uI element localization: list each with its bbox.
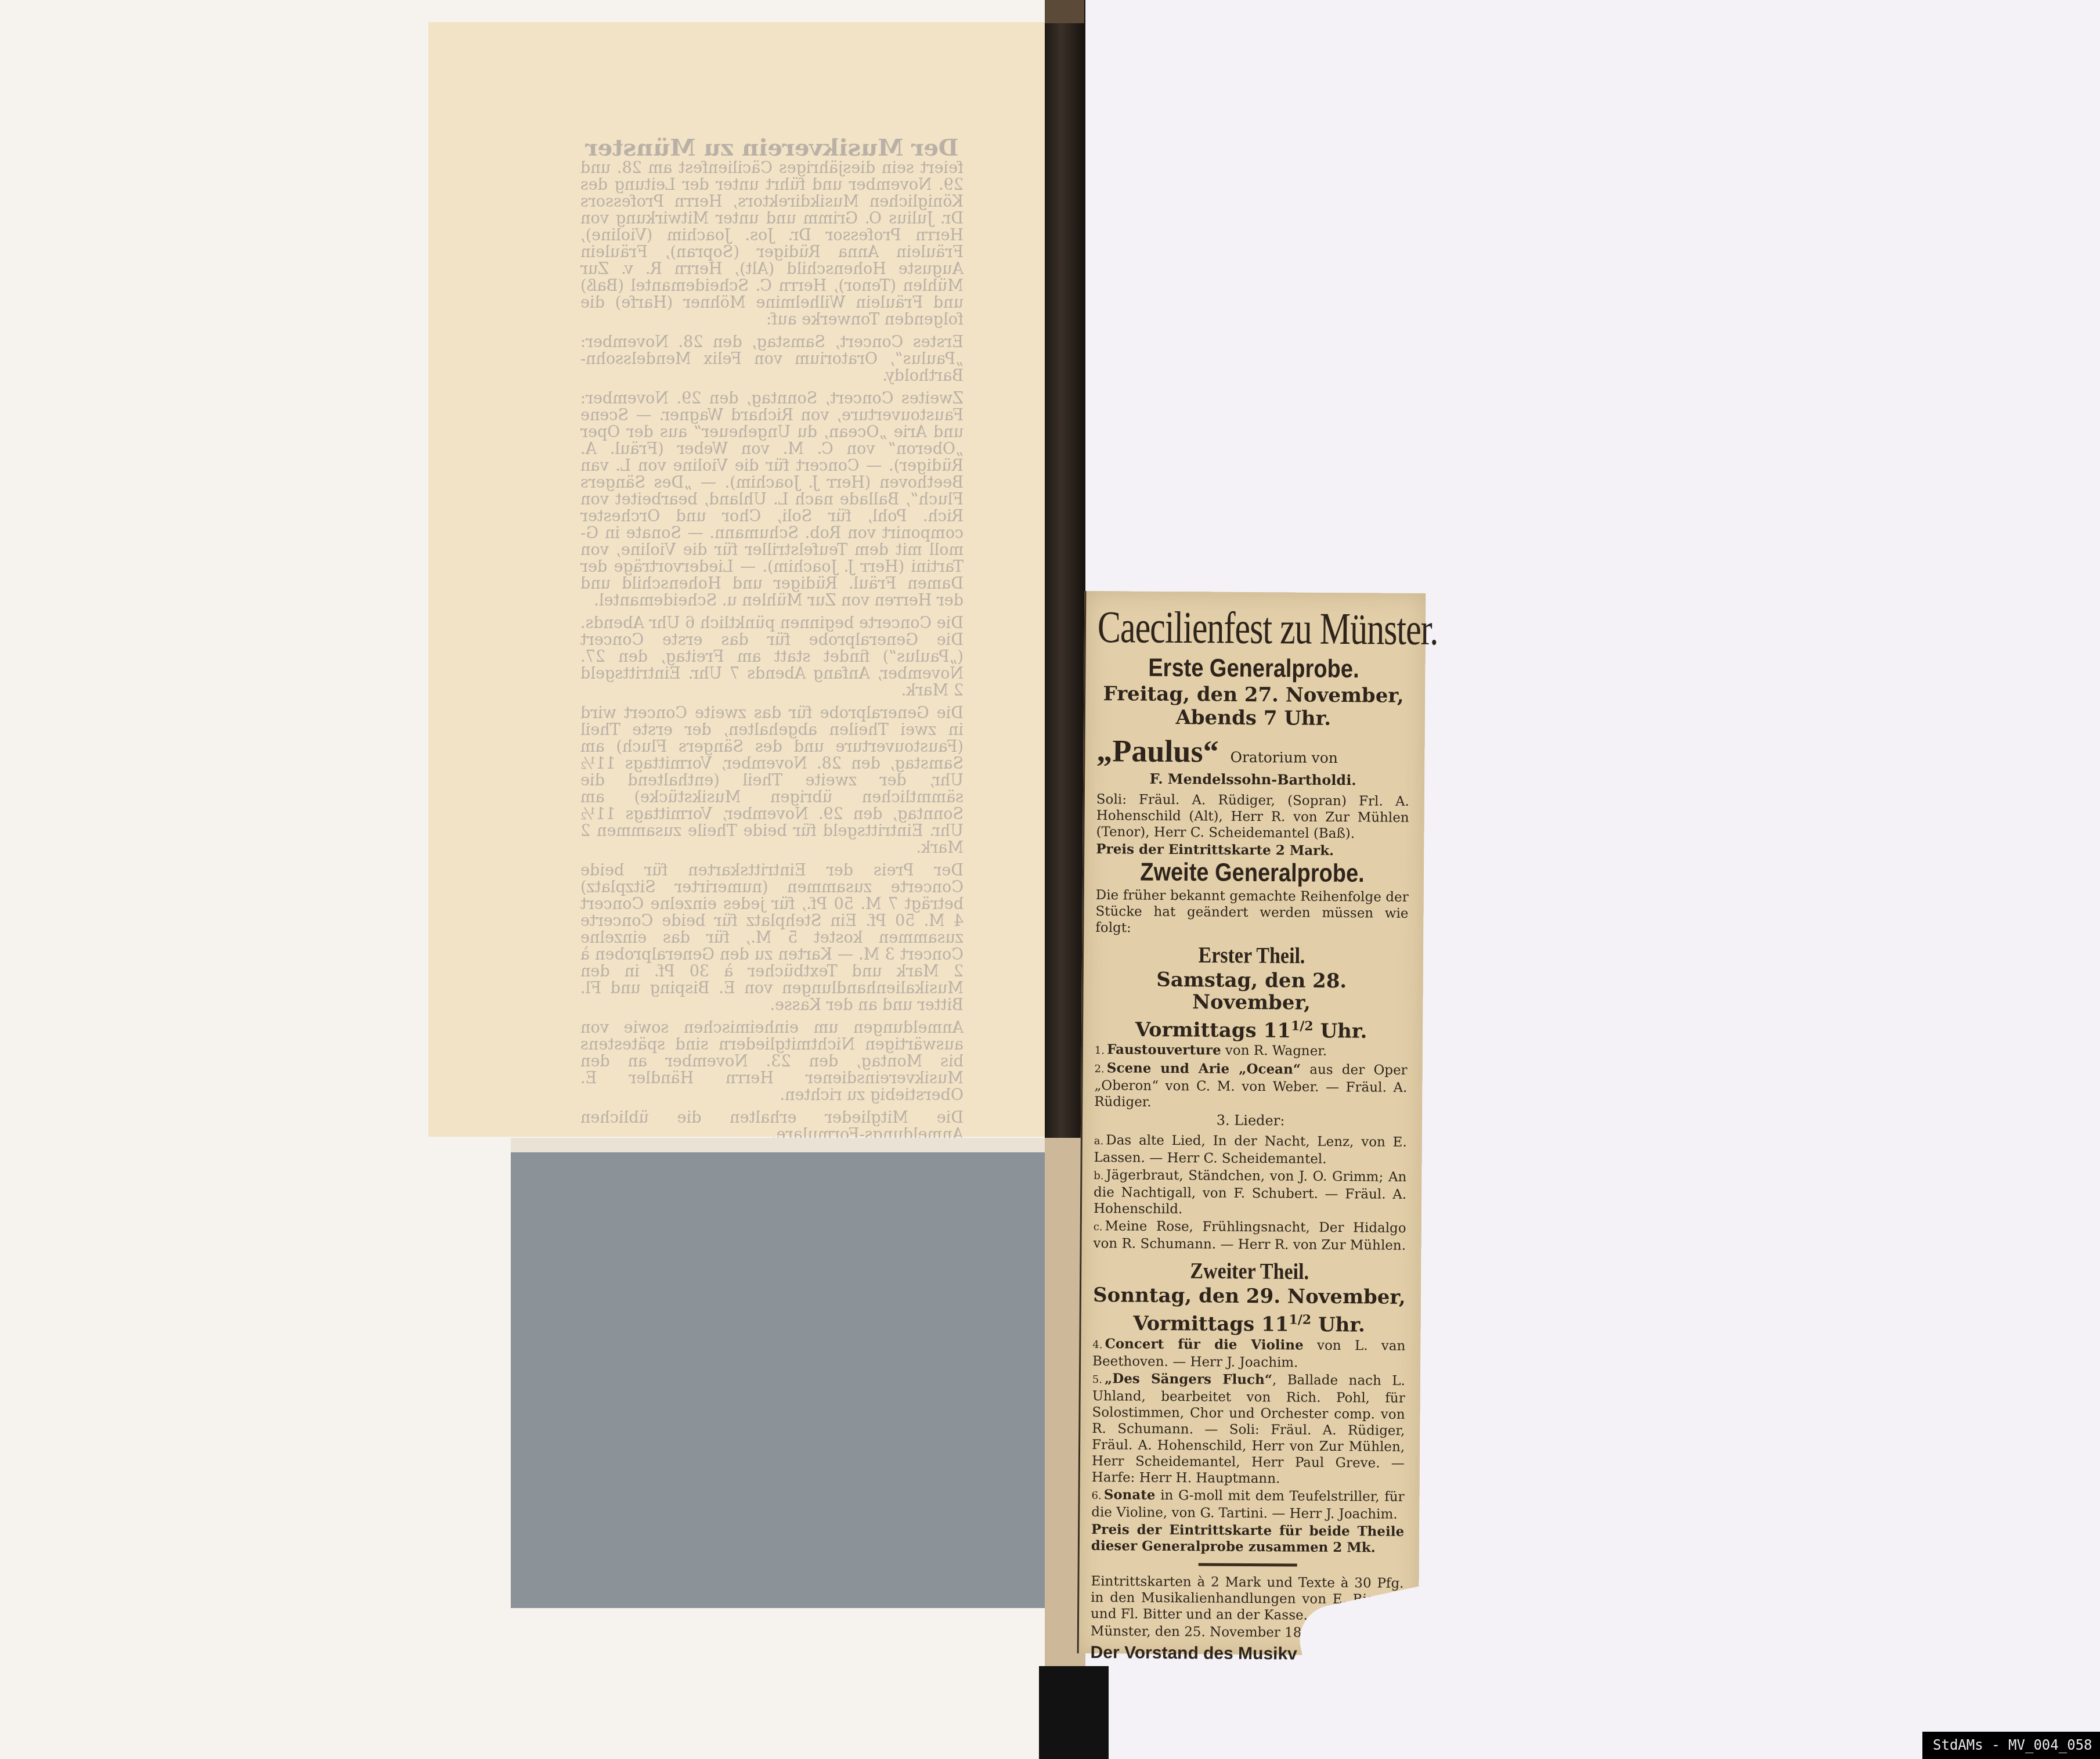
lieder-heading: 3. Lieder: — [1094, 1111, 1407, 1130]
item-detail: von R. Wagner. — [1221, 1043, 1327, 1059]
program-item: 2.Scene und Arie „Ocean“ aus der Oper „O… — [1094, 1060, 1408, 1112]
program-item: 5.„Des Sängers Fluch“, Ballade nach L. U… — [1092, 1371, 1405, 1488]
bleed-through-text: Der Musikverein zu Münster feiert sein d… — [580, 139, 964, 1245]
item-title: Concert für die Violine — [1105, 1336, 1303, 1353]
item-number: 2. — [1095, 1063, 1105, 1075]
part2-heading: Zweiter Theil. — [1093, 1259, 1406, 1286]
soloists: Soli: Fräul. A. Rüdiger, (Sopran) Frl. A… — [1096, 791, 1409, 842]
section2-heading: Zweite Generalprobe. — [1096, 858, 1409, 889]
item-letter: c. — [1094, 1221, 1103, 1233]
item-title: Sonate — [1104, 1487, 1156, 1503]
part1-time: Vormittags 111/2 Uhr. — [1095, 1014, 1408, 1043]
work-title: „Paulus“ — [1096, 733, 1219, 769]
bleed-through-paragraph: Erstes Concert, Samstag, den 28. Novembe… — [580, 334, 964, 384]
part1-date: Samstag, den 28. November, — [1095, 968, 1408, 1015]
item-title: „Des Sängers Fluch“ — [1105, 1371, 1272, 1387]
grey-card-insert — [511, 1152, 1068, 1608]
spine-top-edge — [1045, 0, 1084, 23]
item-detail: Meine Rose, Frühlingsnacht, Der Hidalgo … — [1093, 1219, 1406, 1254]
part1-time-frac: 1/2 — [1291, 1018, 1314, 1033]
program-item: 4.Concert für die Violine von L. van Bee… — [1092, 1336, 1405, 1372]
bleed-through-paragraph: Die Concerte beginnen pünktlich 6 Uhr Ab… — [580, 615, 964, 699]
program-item: 6.Sonate in G-moll mit dem Teufelstrille… — [1091, 1487, 1404, 1523]
section2-price: Preis der Eintrittskarte für beide Theil… — [1091, 1522, 1404, 1556]
item-detail: Das alte Lied, In der Nacht, Lenz, von E… — [1094, 1133, 1406, 1167]
lied-item: b.Jägerbraut, Ständchen, von J. O. Grimm… — [1094, 1167, 1407, 1219]
item-letter: a. — [1094, 1135, 1104, 1147]
part1-time-post: Uhr. — [1320, 1019, 1367, 1043]
section1-price: Preis der Eintrittskarte 2 Mark. — [1096, 841, 1409, 860]
bleed-through-paragraph: Anmeldungen um einheimischen sowie von a… — [580, 1019, 964, 1104]
part2-date: Sonntag, den 29. November, — [1093, 1284, 1406, 1309]
binding-gap — [1039, 1666, 1109, 1759]
item-detail: Jägerbraut, Ständchen, von J. O. Grimm; … — [1094, 1168, 1407, 1217]
part2-time-pre: Vormittags 11 — [1133, 1312, 1289, 1336]
part1-heading: Erster Theil. — [1095, 942, 1408, 969]
composer: F. Mendelssohn-Bartholdi. — [1096, 770, 1409, 789]
item-number: 1. — [1095, 1044, 1105, 1057]
item-title: Faustouverture — [1107, 1042, 1221, 1058]
section2-notice: Die früher bekannt gemachte Reihenfolge … — [1095, 887, 1409, 938]
part2-time: Vormittags 111/2 Uhr. — [1092, 1307, 1405, 1336]
lied-item: c.Meine Rose, Frühlingsnacht, Der Hidalg… — [1093, 1218, 1406, 1254]
item-number: 6. — [1091, 1490, 1101, 1502]
part1-time-pre: Vormittags 11 — [1135, 1018, 1291, 1043]
item-title: Scene und Arie „Ocean“ — [1107, 1061, 1301, 1077]
bleed-through-paragraph: feiert sein diesjähriges Cäcilienfest am… — [580, 160, 964, 328]
program-item: 1.Faustouverture von R. Wagner. — [1095, 1041, 1408, 1061]
bleed-through-title: Der Musikverein zu Münster — [580, 139, 964, 156]
work-line: „Paulus“ Oratorium von — [1096, 733, 1409, 771]
section1-date: Freitag, den 27. November, — [1097, 683, 1410, 707]
item-detail: , Ballade nach L. Uhland, bearbeitet von… — [1092, 1372, 1405, 1486]
bleed-through-paragraph: Die Generalprobe für das zweite Concert … — [580, 705, 964, 856]
divider-rule — [1198, 1563, 1297, 1566]
item-number: 4. — [1092, 1339, 1102, 1351]
part2-time-frac: 1/2 — [1289, 1313, 1311, 1328]
part2-time-post: Uhr. — [1318, 1313, 1365, 1337]
bleed-through-paragraph: Der Preis der Eintrittskarten für beide … — [580, 862, 964, 1014]
bleed-through-paragraph: Zweites Concert, Sonntag, den 29. Novemb… — [580, 390, 964, 609]
item-letter: b. — [1094, 1170, 1103, 1182]
item-number: 5. — [1092, 1374, 1102, 1386]
newspaper-clipping: Caecilienfest zu Münster. Erste Generalp… — [1077, 591, 1426, 1656]
section1-time: Abends 7 Uhr. — [1097, 706, 1410, 730]
work-desc: Oratorium von — [1230, 749, 1338, 766]
clipping-title: Caecilienfest zu Münster. — [1098, 601, 1411, 655]
lied-item: a.Das alte Lied, In der Nacht, Lenz, von… — [1094, 1132, 1406, 1168]
archive-label: StdAMs - MV_004_058 — [1922, 1732, 2100, 1759]
section1-heading: Erste Generalprobe. — [1097, 654, 1410, 684]
